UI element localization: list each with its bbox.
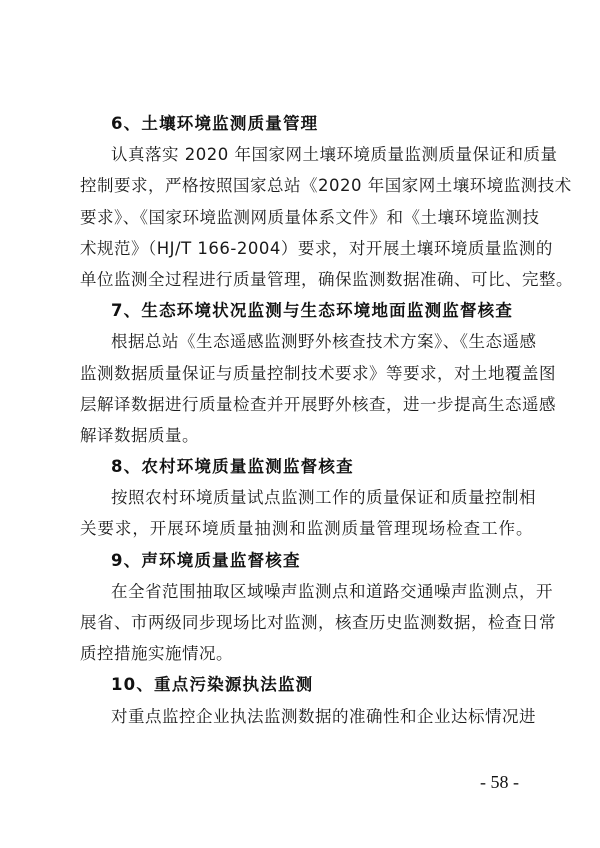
document-page: 6、土壤环境监测质量管理 认真落实 2020 年国家网土壤环境质量监测质量保证和… — [0, 0, 600, 848]
section-heading-9: 9、声环境质量监督核查 — [80, 545, 533, 576]
paragraph-line: 术规范》（HJ/T 166-2004）要求，对开展土壤环境质量监测的 — [80, 233, 533, 264]
paragraph-line: 监测数据质量保证与质量控制技术要求》等要求，对土地覆盖图 — [80, 358, 533, 389]
paragraph-line: 在全省范围抽取区域噪声监测点和道路交通噪声监测点，开 — [80, 576, 533, 607]
paragraph-line: 单位监测全过程进行质量管理，确保监测数据准确、可比、完整。 — [80, 264, 533, 295]
section-heading-10: 10、重点污染源执法监测 — [80, 669, 533, 700]
section-heading-6: 6、土壤环境监测质量管理 — [80, 108, 533, 139]
paragraph-line: 质控措施实施情况。 — [80, 638, 533, 669]
paragraph-line: 认真落实 2020 年国家网土壤环境质量监测质量保证和质量 — [80, 139, 533, 170]
paragraph-line: 关要求，开展环境质量抽测和监测质量管理现场检查工作。 — [80, 513, 533, 544]
page-number: - 58 - — [480, 772, 519, 793]
section-heading-8: 8、农村环境质量监测监督核查 — [80, 451, 533, 482]
paragraph-line: 控制要求，严格按照国家总站《2020 年国家网土壤环境监测技术 — [80, 170, 533, 201]
section-heading-7: 7、生态环境状况监测与生态环境地面监测监督核查 — [80, 295, 533, 326]
paragraph-line: 展省、市两级同步现场比对监测，核查历史监测数据，检查日常 — [80, 607, 533, 638]
page-content: 6、土壤环境监测质量管理 认真落实 2020 年国家网土壤环境质量监测质量保证和… — [80, 108, 533, 732]
paragraph-line: 根据总站《生态遥感监测野外核查技术方案》、《生态遥感 — [80, 326, 533, 357]
paragraph-line: 解译数据质量。 — [80, 420, 533, 451]
paragraph-line: 按照农村环境质量试点监测工作的质量保证和质量控制相 — [80, 482, 533, 513]
paragraph-line: 要求》、《国家环境监测网质量体系文件》和《土壤环境监测技 — [80, 202, 533, 233]
paragraph-line: 层解译数据进行质量检查并开展野外核查，进一步提高生态遥感 — [80, 389, 533, 420]
paragraph-line: 对重点监控企业执法监测数据的准确性和企业达标情况进 — [80, 701, 533, 732]
